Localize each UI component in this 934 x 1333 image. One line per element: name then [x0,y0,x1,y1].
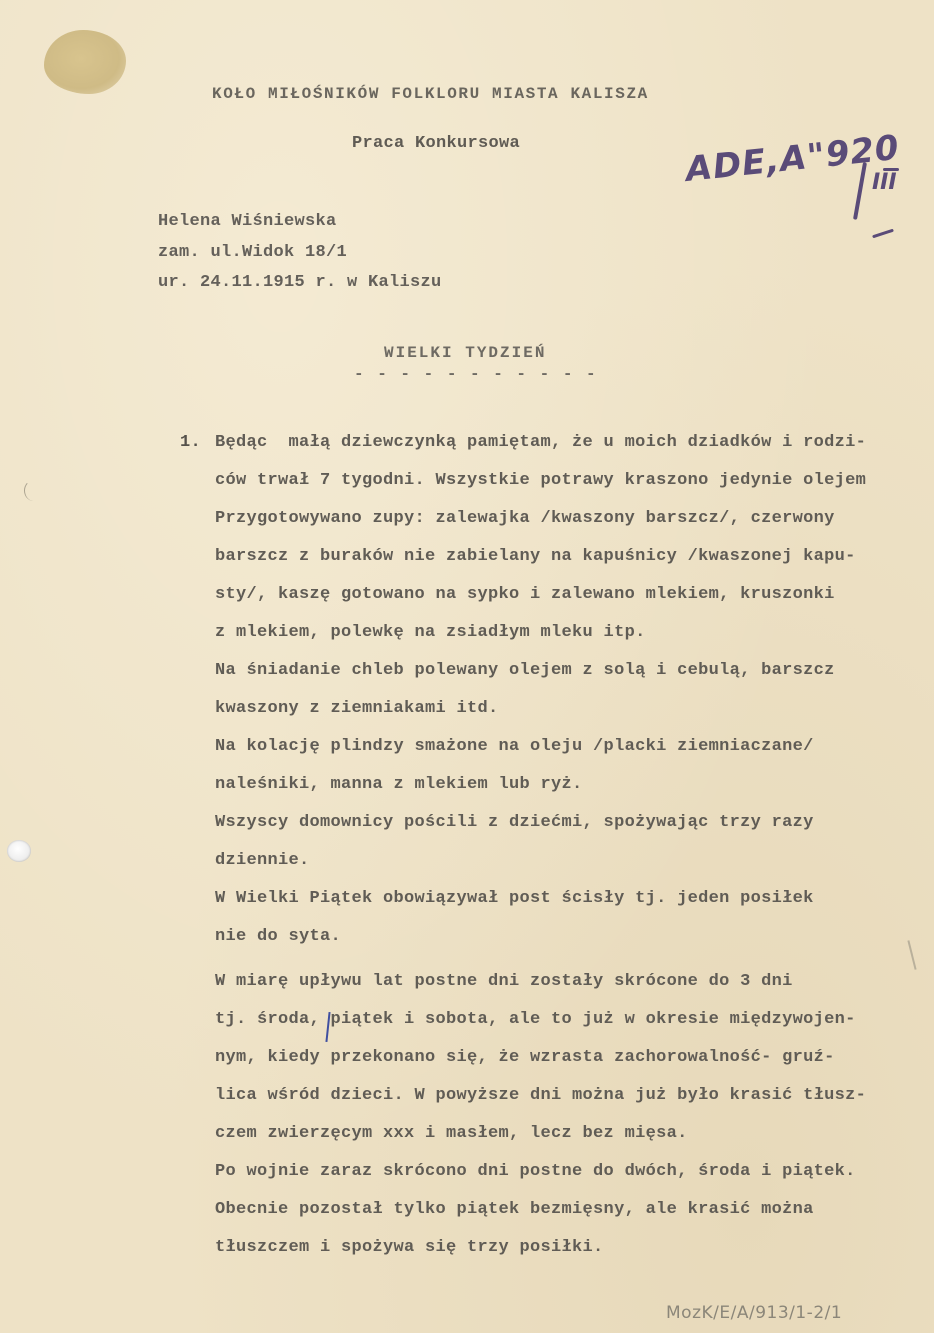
handwritten-underline [872,229,894,239]
subheading: Praca Konkursowa [352,134,520,153]
body-line: Będąc małą dziewczynką pamiętam, że u mo… [215,433,866,452]
handwritten-reference-suffix: III [872,170,897,195]
body-line: z mlekiem, polewkę na zsiadłym mleku itp… [215,623,646,642]
body-line: W miarę upływu lat postne dni zostały sk… [215,972,793,991]
section-number: 1. [180,433,201,452]
author-address: zam. ul.Widok 18/1 [158,243,347,262]
document-title: WIELKI TYDZIEŃ [384,344,546,362]
handwritten-reference: ADE,A"920 [684,128,902,190]
body-line: naleśniki, manna z mlekiem lub ryż. [215,775,583,794]
body-line: Przygotowywano zupy: zalewajka /kwaszony… [215,509,835,528]
body-line: nie do syta. [215,927,341,946]
paper-stain [44,30,126,94]
edge-mark [907,940,916,970]
body-line: Obecnie pozostał tylko piątek bezmięsny,… [215,1200,814,1219]
body-line: lica wśród dzieci. W powyższe dni można … [215,1086,866,1105]
body-line: tj. środa, piątek i sobota, ale to już w… [215,1010,856,1029]
document-page: KOŁO MIŁOŚNIKÓW FOLKLORU MIASTA KALISZA … [0,0,934,1333]
body-line: czem zwierzęcym xxx i masłem, lecz bez m… [215,1124,688,1143]
body-line: Na kolację plindzy smażone na oleju /pla… [215,737,814,756]
body-line: barszcz z buraków nie zabielany na kapuś… [215,547,856,566]
margin-mark [24,480,43,501]
title-underline: - - - - - - - - - - - [354,365,598,383]
body-line: tłuszczem i spożywa się trzy posiłki. [215,1238,604,1257]
body-line: dziennie. [215,851,310,870]
body-line: Na śniadanie chleb polewany olejem z sol… [215,661,835,680]
organization-heading: KOŁO MIŁOŚNIKÓW FOLKLORU MIASTA KALISZA [212,85,649,103]
archive-signature: MozK/E/A/913/1-2/1 [666,1303,842,1323]
body-line: nym, kiedy przekonano się, że wzrasta za… [215,1048,835,1067]
author-birth: ur. 24.11.1915 r. w Kaliszu [158,273,442,292]
body-line: sty/, kaszę gotowano na sypko i zalewano… [215,585,835,604]
body-line: Po wojnie zaraz skrócono dni postne do d… [215,1162,856,1181]
body-line: ców trwał 7 tygodni. Wszystkie potrawy k… [215,471,866,490]
body-line: kwaszony z ziemniakami itd. [215,699,499,718]
body-line: Wszyscy domownicy pościli z dziećmi, spo… [215,813,814,832]
author-name: Helena Wiśniewska [158,212,337,231]
punch-hole [7,840,31,862]
body-line: W Wielki Piątek obowiązywał post ścisły … [215,889,814,908]
